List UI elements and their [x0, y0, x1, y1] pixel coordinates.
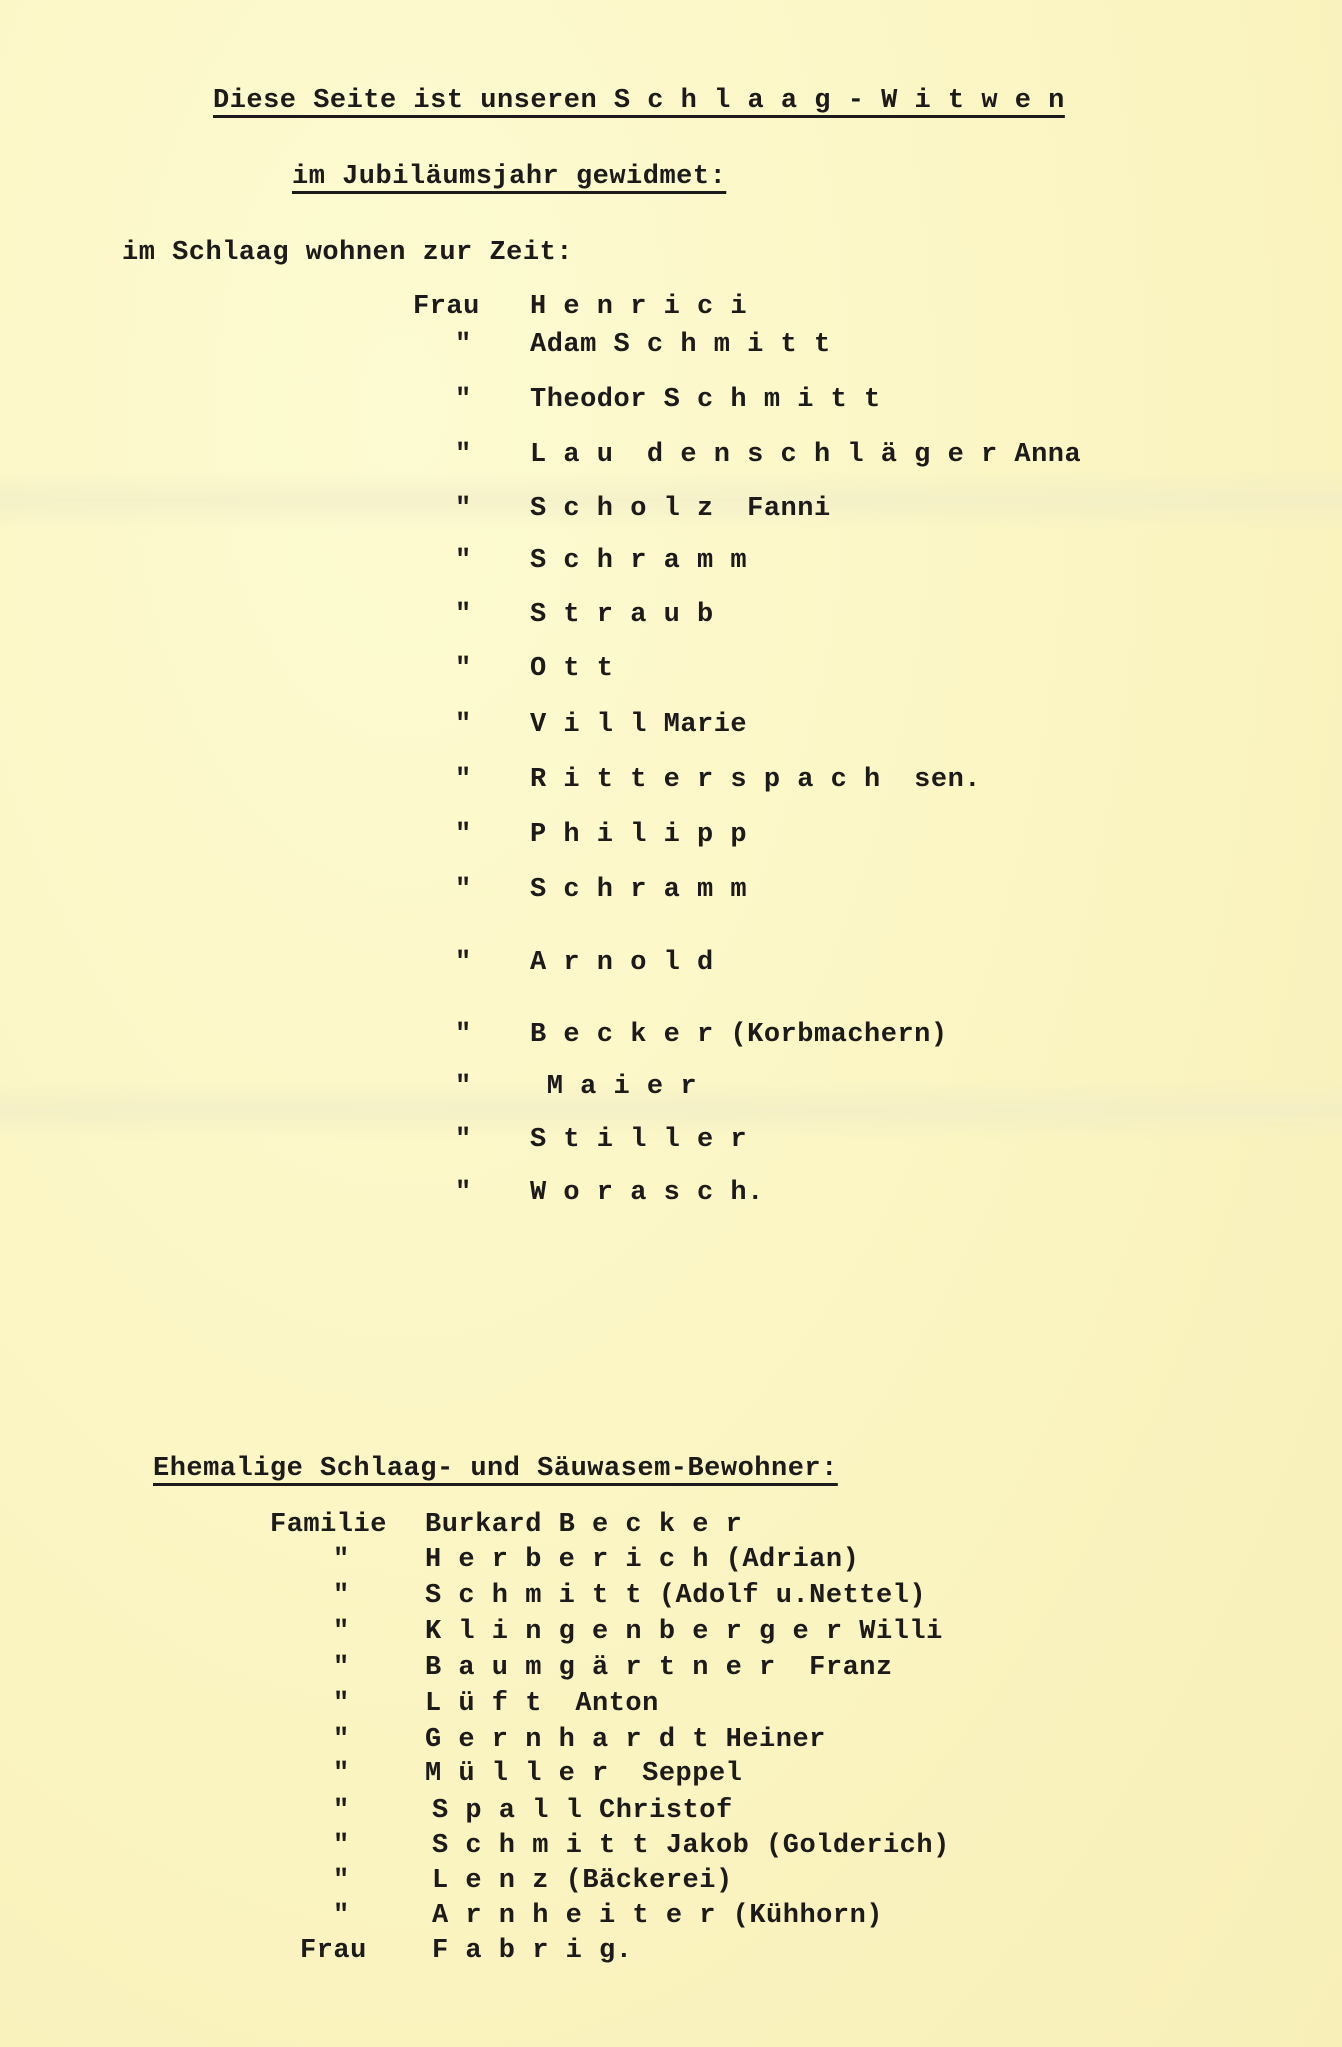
ditto-mark: " — [455, 654, 471, 684]
resident-name: Theodor S c h m i t t — [530, 385, 881, 415]
ditto-mark: " — [455, 1178, 471, 1208]
resident-name: L a u d e n s c h l ä g e r Anna — [530, 440, 1081, 470]
ditto-mark: " — [333, 1759, 349, 1789]
former-resident-name: S c h m i t t Jakob (Golderich) — [432, 1831, 950, 1861]
resident-name: Adam S c h m i t t — [530, 330, 831, 360]
resident-name: W o r a s c h. — [530, 1178, 764, 1208]
intro-text: im Schlaag wohnen zur Zeit: — [122, 238, 573, 268]
ditto-mark: " — [455, 710, 471, 740]
ditto-mark: " — [455, 1020, 471, 1050]
ditto-mark: " — [455, 385, 471, 415]
ditto-mark: " — [455, 875, 471, 905]
ditto-mark: " — [455, 330, 471, 360]
ditto-mark: " — [333, 1831, 349, 1861]
resident-name: O t t — [530, 654, 614, 684]
page-subheading: im Jubiläumsjahr gewidmet: — [292, 162, 726, 192]
prefix-frau: Frau — [413, 292, 480, 322]
ditto-mark: " — [455, 820, 471, 850]
ditto-mark: " — [333, 1866, 349, 1896]
former-resident-name: M ü l l e r Seppel — [425, 1759, 742, 1789]
ditto-mark: " — [333, 1617, 349, 1647]
former-resident-name: B a u m g ä r t n e r Franz — [425, 1653, 893, 1683]
resident-name: V i l l Marie — [530, 710, 747, 740]
ditto-mark: " — [455, 948, 471, 978]
ditto-mark: " — [455, 546, 471, 576]
resident-name: P h i l i p p — [530, 820, 747, 850]
ditto-mark: " — [333, 1689, 349, 1719]
ditto-mark: " — [455, 494, 471, 524]
prefix-familie: Familie — [270, 1510, 387, 1540]
ditto-mark: " — [333, 1653, 349, 1683]
resident-name: B e c k e r (Korbmachern) — [530, 1020, 948, 1050]
former-resident-name: Burkard B e c k e r — [425, 1510, 742, 1540]
ditto-mark: " — [333, 1725, 349, 1755]
former-residents-heading: Ehemalige Schlaag- und Säuwasem-Bewohner… — [153, 1454, 838, 1484]
page-heading: Diese Seite ist unseren S c h l a a g - … — [213, 86, 1065, 116]
ditto-mark: " — [333, 1545, 349, 1575]
ditto-mark: " — [455, 440, 471, 470]
former-resident-name: F a b r i g. — [432, 1936, 632, 1966]
former-resident-name: S c h m i t t (Adolf u.Nettel) — [425, 1581, 926, 1611]
resident-name: S c h o l z Fanni — [530, 494, 831, 524]
prefix-frau: Frau — [300, 1936, 367, 1966]
resident-name: S t i l l e r — [530, 1125, 747, 1155]
ditto-mark: " — [333, 1796, 349, 1826]
resident-name: H e n r i c i — [530, 292, 747, 322]
ditto-mark: " — [455, 1125, 471, 1155]
resident-name: M a i e r — [530, 1072, 697, 1102]
former-resident-name: K l i n g e n b e r g e r Willi — [425, 1617, 943, 1647]
ditto-mark: " — [455, 765, 471, 795]
former-resident-name: G e r n h a r d t Heiner — [425, 1725, 826, 1755]
former-resident-name: L ü f t Anton — [425, 1689, 659, 1719]
former-resident-name: L e n z (Bäckerei) — [432, 1866, 733, 1896]
resident-name: S c h r a m m — [530, 546, 747, 576]
ditto-mark: " — [333, 1901, 349, 1931]
former-resident-name: S p a l l Christof — [432, 1796, 733, 1826]
resident-name: S t r a u b — [530, 600, 714, 630]
resident-name: A r n o l d — [530, 948, 714, 978]
former-resident-name: H e r b e r i c h (Adrian) — [425, 1545, 859, 1575]
resident-name: S c h r a m m — [530, 875, 747, 905]
ditto-mark: " — [455, 600, 471, 630]
ditto-mark: " — [333, 1581, 349, 1611]
former-resident-name: A r n h e i t e r (Kühhorn) — [432, 1901, 883, 1931]
ditto-mark: " — [455, 1072, 471, 1102]
resident-name: R i t t e r s p a c h sen. — [530, 765, 981, 795]
